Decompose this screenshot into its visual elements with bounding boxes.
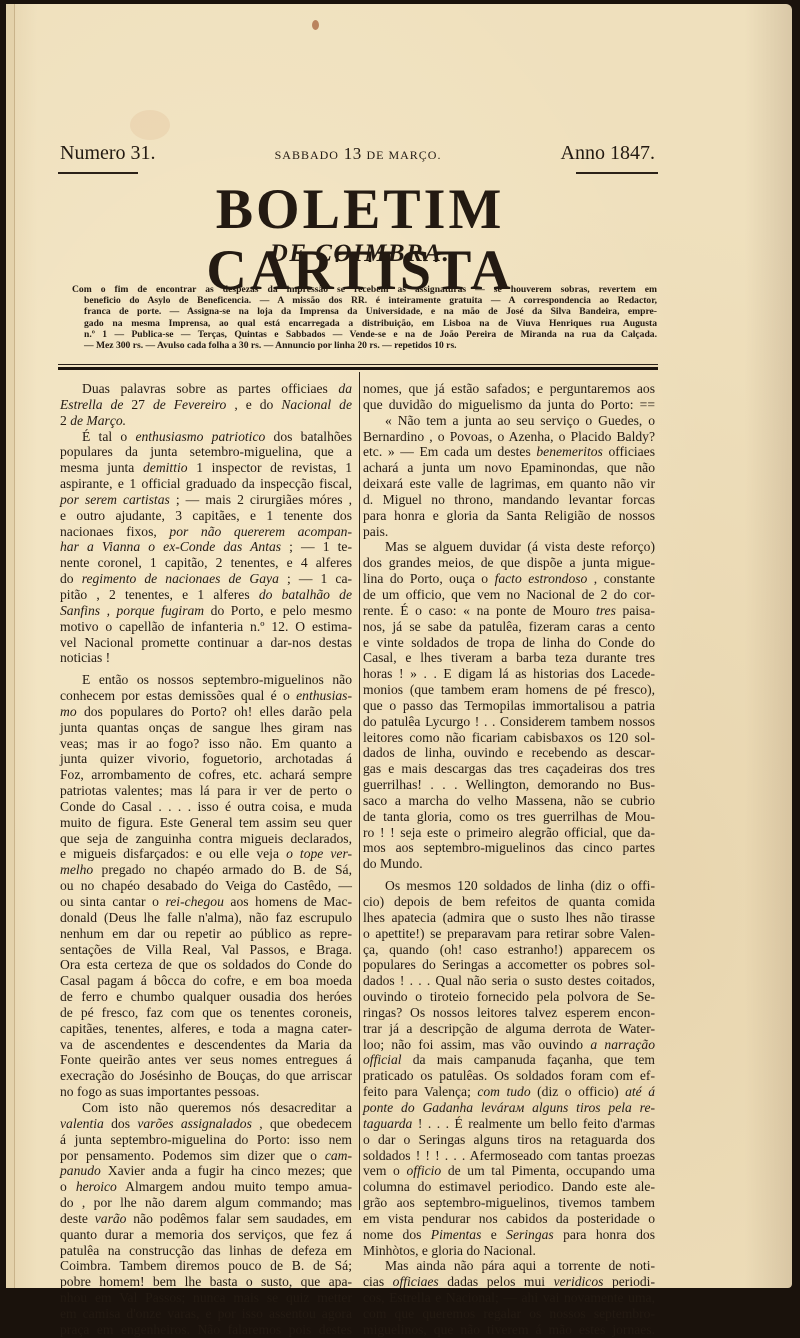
body-text: Ora esta certeza de que os soldados do C… — [60, 957, 352, 972]
text-line: praticado os patulêas. Os soldados foram… — [363, 1068, 655, 1084]
body-text: junta quantas onças de sangue lhes giram… — [60, 720, 352, 735]
body-text: paisa- — [616, 603, 655, 618]
text-line: que seja de zanguinha contra migueis dec… — [60, 831, 352, 847]
italic-text: regimento de nacionaes de Gaya — [82, 571, 279, 586]
text-line: saco a marcha do velho Massena, não se c… — [363, 793, 655, 809]
column-left: Duas palavras sobre as partes officiaes … — [60, 381, 352, 1296]
text-line: junta quantas onças de sangue lhes giram… — [60, 720, 352, 736]
text-line: deste varão não podêmos falar sem saudad… — [60, 1211, 352, 1227]
body-text: Minhòtos, e gloria do Nacional. — [363, 1243, 536, 1258]
body-text: populares do Seringas a accometter os po… — [363, 957, 655, 972]
text-line: execração do Josésinho de Bouças, do que… — [60, 1068, 352, 1084]
body-text: donald (Deus lhe falle n'alma), não faz … — [60, 910, 352, 925]
text-line: deixará este valle de lagrimas, em quant… — [363, 476, 655, 492]
italic-text: demittio — [143, 460, 188, 475]
italic-text: Estrella de — [60, 397, 123, 412]
text-line: nhou em Val Passos; nunca mais se quiz m… — [60, 1290, 352, 1296]
body-text: aos homens de Mac- — [224, 894, 352, 909]
body-text: Bernardino , o Povoas, o Azenha, o Placi… — [363, 429, 655, 444]
body-text: de pé fresco, faz com que os tenentes co… — [60, 1005, 352, 1020]
text-line: panudo Xavier anda a fugir ha cinco meze… — [60, 1163, 352, 1179]
body-text: Com isto não queremos nós desacreditar a — [82, 1100, 352, 1115]
body-text: nos, já se sabe da patulêa, fizeram cara… — [363, 619, 655, 634]
text-line: melho pregado no chapéo armado do B. de … — [60, 862, 352, 878]
text-line: ou no chapéo desabado do Veiga do Castêd… — [60, 878, 352, 894]
notice-line: n.º 1 — Publica-se — Terças, Quintas e S… — [72, 329, 657, 340]
text-line: guerrilhas! . . . Wellington, demorando … — [363, 777, 655, 793]
body-text: do Porto, e pelo mesmo — [204, 603, 352, 618]
body-text: loo; não foi assim, mas vão ouvindo — [363, 1037, 590, 1052]
text-line: cias officiaes dadas pelos mui veridicos… — [363, 1274, 655, 1290]
text-line: populares do Seringas a accometter os po… — [363, 957, 655, 973]
italic-text: enthusias- — [296, 688, 352, 703]
text-line: para honra e gloria da Santa Religião de… — [363, 508, 655, 524]
body-text: E então os nossos septembro-miguelinos n… — [82, 672, 352, 687]
text-line: cio) depois de bem refeitos de quanta co… — [363, 894, 655, 910]
body-text: Almargem andou muito tempo amua- — [117, 1179, 352, 1194]
text-line: Sanfins , porque fugiram do Porto, e pel… — [60, 603, 352, 619]
body-text: ! . . . É realmente um bello feito d'arm… — [412, 1116, 655, 1131]
italic-text: Nacional de — [281, 397, 352, 412]
body-text: lina do Porto, ouça o — [363, 571, 495, 586]
italic-text: varões assignalados — [137, 1116, 252, 1131]
body-text: quanto durar a memoria dos serviços, que… — [60, 1227, 352, 1242]
page-edge — [6, 4, 15, 1288]
text-line: « Não tem a junta ao seu serviço o Guede… — [363, 413, 655, 429]
text-line: que o passo das Termopilas immortalisou … — [363, 698, 655, 714]
text-line: valentia dos varões assignalados , que o… — [60, 1116, 352, 1132]
italic-text: por não quererem acompan- — [169, 524, 352, 539]
text-line: dados ! . . . Qual não seria o susto des… — [363, 973, 655, 989]
text-line: gas e mais descargas das tres caçadeiras… — [363, 761, 655, 777]
masthead-dateline: Numero 31. SABBADO 13 DE MARÇO. Anno 184… — [60, 142, 655, 165]
body-text: de ferro e chumbo qualquer ousadia dos h… — [60, 989, 352, 1004]
text-line: em vista pendurar nos cabidos da posteri… — [363, 1211, 655, 1227]
body-text: , que obedecem — [252, 1116, 352, 1131]
body-text: praticado os patulêas. Os soldados foram… — [363, 1068, 655, 1083]
body-text: Mas se alguem duvidar (á vista deste ref… — [385, 539, 655, 554]
subscription-notice: Com o fim de encontrar as despezas da im… — [72, 284, 657, 351]
notice-line: — Mez 300 rs. — Avulso cada folha a 30 r… — [72, 340, 657, 351]
text-line: de um officio, que vem no Nacional de 2 … — [363, 587, 655, 603]
text-line: noticias ! — [60, 650, 352, 666]
body-text: periodi- — [603, 1274, 655, 1289]
italic-text: mo — [60, 704, 77, 719]
italic-text: cam- — [325, 1148, 352, 1163]
body-text: nome dos — [363, 1227, 431, 1242]
body-text: para honra dos — [554, 1227, 655, 1242]
body-text: patulêa na construcção das linhas de def… — [60, 1243, 352, 1258]
italic-text: a narração — [590, 1037, 655, 1052]
text-line: rente. É o caso: « na ponte de Mouro tre… — [363, 603, 655, 619]
italic-text: da — [338, 381, 352, 396]
body-text: 27 — [123, 397, 153, 412]
body-text: nomes, que já estão safados; e perguntar… — [363, 381, 655, 396]
text-line: cos, Estrella e Nacional; — ahi vai nova… — [363, 1290, 655, 1296]
body-text: grão aos septembro-miguelinos, tivemos t… — [363, 1195, 655, 1210]
body-text: Casal pagam á bôcca do cofre, e em boa m… — [60, 973, 352, 988]
body-text: noticias ! — [60, 650, 110, 665]
body-text: Foz, arrombamento de cofres, etc. achará… — [60, 767, 352, 782]
text-line: do regimento de nacionaes de Gaya ; — 1 … — [60, 571, 352, 587]
text-line: trar já a descripção de alguma derrota d… — [363, 1021, 655, 1037]
text-line: quanto durar a memoria dos serviços, que… — [60, 1227, 352, 1243]
body-text: e — [481, 1227, 506, 1242]
newspaper-subtitle: DE COIMBRA. — [60, 240, 660, 268]
body-text: achará a junta um novo Epaminondas, que … — [363, 460, 655, 475]
body-text: dos — [104, 1116, 138, 1131]
body-text: pitão , 2 tenentes, e 1 alferes — [60, 587, 259, 602]
body-text: deste — [60, 1211, 95, 1226]
body-text: « Não tem a junta ao seu serviço o Guede… — [385, 413, 655, 428]
text-line: Ora esta certeza de que os soldados do C… — [60, 957, 352, 973]
text-line: e vinte soldados de tropa de linha do Co… — [363, 635, 655, 651]
italic-text: o tope ver- — [286, 846, 352, 861]
body-text: d. Miguel no throno, mandando levantar f… — [363, 492, 655, 507]
italic-text: por serem cartistas — [60, 492, 170, 507]
text-line: etc. » — Em cada um destes benemeritos o… — [363, 444, 655, 460]
italic-text: ponte do Gadanha levárам alguns tiros pe… — [363, 1100, 655, 1115]
body-text: para honra e gloria da Santa Religião de… — [363, 508, 655, 523]
body-text: ouvindo o tiroteio fornecido pela polvor… — [363, 989, 655, 1004]
body-text: do Mundo. — [363, 856, 423, 871]
body-text: dados ! . . . Qual não seria o susto des… — [363, 973, 655, 988]
body-text: deixará este valle de lagrimas, em quant… — [363, 476, 655, 491]
text-line: veas; mas ir ao fogo? isso não. Em quant… — [60, 736, 352, 752]
body-text: o — [60, 1179, 76, 1194]
text-line: columna do estimavel periodico. Dando es… — [363, 1179, 655, 1195]
text-line: soldados ! ! ! . . . Afermoseado com tan… — [363, 1148, 655, 1164]
body-text: e vinte soldados de tropa de linha do Co… — [363, 635, 655, 650]
body-text: guerrilhas! . . . Wellington, demorando … — [363, 777, 655, 792]
italic-text: har a Vianna o ex-Conde das Antas — [60, 539, 281, 554]
body-text: dos batalhões — [265, 429, 352, 444]
body-text: populares da junta setembro-miguelina, q… — [60, 444, 352, 459]
text-line: ouvindo o tiroteio fornecido pela polvor… — [363, 989, 655, 1005]
text-line: á junta septembro-miguelina do Porto: is… — [60, 1132, 352, 1148]
italic-text: taguarda — [363, 1116, 412, 1131]
text-line: Duas palavras sobre as partes officiaes … — [60, 381, 352, 397]
body-text: pregado no chapéo armado do B. de Sá, — [93, 862, 352, 877]
text-line: Mas ainda não pára aqui a torrente de no… — [363, 1258, 655, 1274]
body-text: o apettite!) se preparavam para retirar … — [363, 926, 655, 941]
text-line: Coimbra. Tambem diremos pouco de B. de S… — [60, 1258, 352, 1274]
body-text: conhecem por estas demissões qual é o — [60, 688, 296, 703]
text-line: Casal, e lhes tiveram a barba teza duran… — [363, 650, 655, 666]
text-line: Foz, arrombamento de cofres, etc. achará… — [60, 767, 352, 783]
text-line: que duvidão do miguelismo da junta do Po… — [363, 397, 655, 413]
body-text: Duas palavras sobre as partes officiaes — [82, 381, 338, 396]
text-line: leitores como não ficariam cabisbaxos os… — [363, 730, 655, 746]
body-text: da mais campanuda façanha, que tem — [402, 1052, 655, 1067]
issue-date: SABBADO 13 DE MARÇO. — [275, 144, 442, 164]
body-text: ou sinta cantar o — [60, 894, 165, 909]
text-line: de pé fresco, faz com que os tenentes co… — [60, 1005, 352, 1021]
body-text: o dar o Seringas alguns tiros na retagua… — [363, 1132, 655, 1147]
notice-line: Com o fim de encontrar as despezas da im… — [72, 284, 657, 295]
column-right: nomes, que já estão safados; e perguntar… — [363, 381, 655, 1296]
text-line: pitão , 2 tenentes, e 1 alferes do batal… — [60, 587, 352, 603]
text-line: official da mais campanuda façanha, que … — [363, 1052, 655, 1068]
body-text: gas e mais descargas das tres caçadeiras… — [363, 761, 655, 776]
italic-text: do batalhão de — [259, 587, 352, 602]
body-text: cio) depois de bem refeitos de quanta co… — [363, 894, 655, 909]
body-text: feito para Valença; — [363, 1084, 477, 1099]
italic-text: Sanfins , porque fugiram — [60, 603, 204, 618]
text-line: no fogo as suas importantes pessoas. — [60, 1084, 352, 1100]
text-line: patriotas valentes; mas lá para ir ver d… — [60, 783, 352, 799]
body-text: officiaes — [603, 444, 655, 459]
body-text: Coimbra. Tambem diremos pouco de B. de S… — [60, 1258, 352, 1273]
body-text: veas; mas ir ao fogo? isso não. Em quant… — [60, 736, 352, 751]
body-text: vem o — [363, 1163, 406, 1178]
body-text: dados de linha, ouvindo e recebendo as d… — [363, 745, 655, 760]
text-line: donald (Deus lhe falle n'alma), não faz … — [60, 910, 352, 926]
italic-text: officiaes — [393, 1274, 439, 1289]
text-line: Fonte queirão antes ver seus nomes entre… — [60, 1052, 352, 1068]
italic-text: tres — [596, 603, 616, 618]
body-text: 1 inspector de revistas, 1 — [188, 460, 352, 475]
body-text: Fonte queirão antes ver seus nomes entre… — [60, 1052, 352, 1067]
text-line: nenhum em dar ou repetir ao público as r… — [60, 926, 352, 942]
italic-text: com tudo — [477, 1084, 530, 1099]
text-line: Com isto não queremos nós desacreditar a — [60, 1100, 352, 1116]
body-text: dos grandes meios, de que dispõe a junta… — [363, 555, 655, 570]
text-line: E então os nossos septembro-miguelinos n… — [60, 672, 352, 688]
italic-text: officio — [406, 1163, 441, 1178]
text-line: nomes, que já estão safados; e perguntar… — [363, 381, 655, 397]
body-text: ; — 1 te- — [281, 539, 352, 554]
text-line: taguarda ! . . . É realmente um bello fe… — [363, 1116, 655, 1132]
body-text: lhes apatecia (admira que o susto lhes n… — [363, 910, 655, 925]
text-line: do patulêa Lycurgo ! . . Considerem tamb… — [363, 714, 655, 730]
text-line: 2 de Março. — [60, 413, 352, 429]
text-line: har a Vianna o ex-Conde das Antas ; — 1 … — [60, 539, 352, 555]
text-line: patulêa na construcção das linhas de def… — [60, 1243, 352, 1259]
text-line: nente coronel, 1 capitão, 2 tenentes, e … — [60, 555, 352, 571]
body-text: de um tal Pimenta, occupando uma — [441, 1163, 655, 1178]
body-text: sentações de Villa Real, Val Passos, e B… — [60, 942, 352, 957]
text-line: pobre homem! bem lhe basta o susto, que … — [60, 1274, 352, 1290]
body-text: 2 — [60, 413, 70, 428]
text-line: feito para Valença; com tudo (diz o offi… — [363, 1084, 655, 1100]
body-text: ro ! ! seja este o primeiro alegrão offi… — [363, 825, 655, 840]
italic-text: de Fevereiro — [153, 397, 226, 412]
text-line: dos grandes meios, de que dispõe a junta… — [363, 555, 655, 571]
notice-line: beneficio do Asylo de Beneficencia. — A … — [72, 295, 657, 306]
body-text: Mas ainda não pára aqui a torrente de no… — [385, 1258, 655, 1273]
body-text: á junta septembro-miguelina do Porto: is… — [60, 1132, 352, 1147]
column-divider — [359, 372, 360, 1210]
body-text: ça, quando (oh! caso estranho!) apparece… — [363, 942, 655, 957]
text-line: Estrella de 27 de Fevereiro , e do Nacio… — [60, 397, 352, 413]
text-line: o apettite!) se preparavam para retirar … — [363, 926, 655, 942]
text-line: o heroico Almargem andou muito tempo amu… — [60, 1179, 352, 1195]
body-text: columna do estimavel periodico. Dando es… — [363, 1179, 655, 1194]
body-text: aspirante, e 1 official graduado da insp… — [60, 476, 352, 491]
body-text: pobre homem! bem lhe basta o susto, que … — [60, 1274, 352, 1289]
text-line: monios (que tambem eram homens de pé fre… — [363, 682, 655, 698]
body-text: execração do Josésinho de Bouças, do que… — [60, 1068, 352, 1083]
body-text: Os mesmos 120 soldados de linha (diz o o… — [385, 878, 655, 893]
body-text: monios (que tambem eram homens de pé fre… — [363, 682, 655, 697]
text-line: vel Nacional promette continuar a dar-no… — [60, 635, 352, 651]
text-line: motivo o capellão de infanteria n.º 12. … — [60, 619, 352, 635]
text-line: Conde do Casal . . . . isso é outra cois… — [60, 799, 352, 815]
text-line: ou sinta cantar o rei-chegou aos homens … — [60, 894, 352, 910]
text-line: nome dos Pimentas e Seringas para honra … — [363, 1227, 655, 1243]
text-line: lina do Porto, ouça o facto estrondoso ,… — [363, 571, 655, 587]
italic-text: melho — [60, 862, 93, 877]
text-line: muito de figura. Este General tem assim … — [60, 815, 352, 831]
text-line: d. Miguel no throno, mandando levantar f… — [363, 492, 655, 508]
text-line: loo; não foi assim, mas vão ouvindo a na… — [363, 1037, 655, 1053]
body-text: e outro ajudante, 3 capitães, e 1 tenent… — [60, 508, 352, 523]
italic-text: rei-chegou — [165, 894, 223, 909]
text-line: Mas se alguem duvidar (á vista deste ref… — [363, 539, 655, 555]
text-line: ça, quando (oh! caso estranho!) apparece… — [363, 942, 655, 958]
text-line: ringas? Os nossos leitores talvez espere… — [363, 1005, 655, 1021]
text-line: por serem cartistas ; — mais 2 cirurgiãe… — [60, 492, 352, 508]
body-text: de um officio, que vem no Nacional de 2 … — [363, 587, 655, 602]
notice-line: franca de porte. — Assigna-se na loja da… — [72, 306, 657, 317]
body-text: em vista pendurar nos cabidos da posteri… — [363, 1211, 655, 1226]
italic-text: até á — [625, 1084, 655, 1099]
body-text: soldados ! ! ! . . . Afermoseado com tan… — [363, 1148, 655, 1163]
text-line: grão aos septembro-miguelinos, tivemos t… — [363, 1195, 655, 1211]
text-line: Os mesmos 120 soldados de linha (diz o o… — [363, 878, 655, 894]
body-text: rente. É o caso: « na ponte de Mouro — [363, 603, 596, 618]
text-line: ponte do Gadanha levárам alguns tiros pe… — [363, 1100, 655, 1116]
body-text: mos aos septembro-miguelinos das cinco p… — [363, 840, 655, 855]
italic-text: valentia — [60, 1116, 104, 1131]
body-text: capitães, tenentes, alferes, e toda a ma… — [60, 1021, 352, 1036]
text-line: por pensamento. Podemos sim dizer que o … — [60, 1148, 352, 1164]
text-line: populares da junta setembro-miguelina, q… — [60, 444, 352, 460]
body-text: muito de figura. Este General tem assim … — [60, 815, 352, 830]
italic-text: facto estrondoso — [495, 571, 588, 586]
body-text: etc. » — Em cada um destes — [363, 444, 536, 459]
body-text: va de ascendentes e descendentes da Mari… — [60, 1037, 352, 1052]
body-text: que o passo das Termopilas immortalisou … — [363, 698, 655, 713]
text-line: va de ascendentes e descendentes da Mari… — [60, 1037, 352, 1053]
body-text: do — [60, 571, 82, 586]
body-text: ; — 1 ca- — [279, 571, 352, 586]
italic-text: official — [363, 1052, 402, 1067]
text-line: aspirante, e 1 official graduado da insp… — [60, 476, 352, 492]
text-line: achará a junta um novo Epaminondas, que … — [363, 460, 655, 476]
text-line: horas ! » . . E digam lá as historias do… — [363, 666, 655, 682]
body-text: cos, Estrella e Nacional; — ahi vai nova… — [363, 1290, 655, 1296]
text-line: de ferro e chumbo qualquer ousadia dos h… — [60, 989, 352, 1005]
body-text: saco a marcha do velho Massena, não se c… — [363, 793, 655, 808]
body-text: pais. — [363, 524, 388, 539]
body-text: , constante — [587, 571, 655, 586]
italic-text: Pimentas — [431, 1227, 482, 1242]
italic-text: Seringas — [506, 1227, 554, 1242]
text-line: junta quizer vivorio, foguetorio, archot… — [60, 751, 352, 767]
body-text: ou no chapéo desabado do Veiga do Castêd… — [60, 878, 352, 893]
body-text: nhou em Val Passos; nunca mais se quiz m… — [60, 1290, 352, 1296]
body-text: por pensamento. Podemos sim dizer que o — [60, 1148, 325, 1163]
body-text: leitores como não ficariam cabisbaxos os… — [363, 730, 655, 745]
body-text: do patulêa Lycurgo ! . . Considerem tamb… — [363, 714, 655, 729]
body-text: cias — [363, 1274, 393, 1289]
body-text: de tanta gloria, como os tres guerrilhas… — [363, 809, 655, 824]
text-line: capitães, tenentes, alferes, e toda a ma… — [60, 1021, 352, 1037]
divider — [576, 172, 658, 174]
text-line: do , por lhe não darem algum commando; m… — [60, 1195, 352, 1211]
body-text: Casal, e lhes tiveram a barba teza duran… — [363, 650, 655, 665]
body-text: , e do — [226, 397, 281, 412]
text-line: nos, já se sabe da patulêa, fizeram cara… — [363, 619, 655, 635]
body-text: Conde do Casal . . . . isso é outra cois… — [60, 799, 352, 814]
text-line: sentações de Villa Real, Val Passos, e B… — [60, 942, 352, 958]
italic-text: heroico — [76, 1179, 117, 1194]
body-text: trar já a descripção de alguma derrota d… — [363, 1021, 655, 1036]
body-text: É tal o — [82, 429, 135, 444]
italic-text: panudo — [60, 1163, 101, 1178]
issue-year: Anno 1847. — [561, 142, 655, 165]
body-text: (diz o officio) — [531, 1084, 625, 1099]
text-line: É tal o enthusiasmo patriotico dos batal… — [60, 429, 352, 445]
text-line: mesma junta demittio 1 inspector de revi… — [60, 460, 352, 476]
body-text: vel Nacional promette continuar a dar-no… — [60, 635, 352, 650]
body-text: nacionaes fixos, — [60, 524, 169, 539]
text-line: pais. — [363, 524, 655, 540]
text-line: conhecem por estas demissões qual é o en… — [60, 688, 352, 704]
body-text: no fogo as suas importantes pessoas. — [60, 1084, 259, 1099]
body-text: dos populares do Porto? oh! elles darão … — [77, 704, 352, 719]
text-line: e migueis disfarçados: e ou elle veja o … — [60, 846, 352, 862]
body-text: patriotas valentes; mas lá para ir ver d… — [60, 783, 352, 798]
issue-number: Numero 31. — [60, 142, 156, 165]
body-text: que seja de zanguinha contra migueis dec… — [60, 831, 352, 846]
body-text: do , por lhe não darem algum commando; m… — [60, 1195, 352, 1210]
text-line: ro ! ! seja este o primeiro alegrão offi… — [363, 825, 655, 841]
body-text: não podêmos falar sem saudades, em — [126, 1211, 352, 1226]
text-line: mos aos septembro-miguelinos das cinco p… — [363, 840, 655, 856]
body-text: horas ! » . . E digam lá as historias do… — [363, 666, 655, 681]
body-text: ringas? Os nossos leitores talvez espere… — [363, 1005, 655, 1020]
notice-line: gado na mesma Imprensa, ao qual está enc… — [72, 318, 657, 329]
text-line: e outro ajudante, 3 capitães, e 1 tenent… — [60, 508, 352, 524]
body-text: dadas pelos mui — [439, 1274, 554, 1289]
text-line: nacionaes fixos, por não quererem acompa… — [60, 524, 352, 540]
italic-text: enthusiasmo patriotico — [135, 429, 265, 444]
italic-text: varão — [95, 1211, 127, 1226]
body-text: e migueis disfarçados: e ou elle veja — [60, 846, 286, 861]
body-text: que duvidão do miguelismo da junta do Po… — [363, 397, 655, 412]
text-line: Bernardino , o Povoas, o Azenha, o Placi… — [363, 429, 655, 445]
italic-text: de Março. — [70, 413, 126, 428]
italic-text: benemeritos — [536, 444, 602, 459]
divider — [58, 172, 138, 174]
body-text: motivo o capellão de infanteria n.º 12. … — [60, 619, 352, 634]
body-text: Xavier anda a fugir ha cinco mezes; que — [101, 1163, 352, 1178]
text-line: Casal pagam á bôcca do cofre, e em boa m… — [60, 973, 352, 989]
header-divider — [58, 364, 658, 370]
text-line: lhes apatecia (admira que o susto lhes n… — [363, 910, 655, 926]
body-text: nente coronel, 1 capitão, 2 tenentes, e … — [60, 555, 352, 570]
italic-text: veridicos — [554, 1274, 604, 1289]
text-line: Minhòtos, e gloria do Nacional. — [363, 1243, 655, 1259]
body-text: ; — mais 2 cirurgiães móres , — [170, 492, 352, 507]
body-text: junta quizer vivorio, foguetorio, archot… — [60, 751, 352, 766]
body-text: nenhum em dar ou repetir ao público as r… — [60, 926, 352, 941]
text-line: vem o officio de um tal Pimenta, occupan… — [363, 1163, 655, 1179]
body-text: mesma junta — [60, 460, 143, 475]
